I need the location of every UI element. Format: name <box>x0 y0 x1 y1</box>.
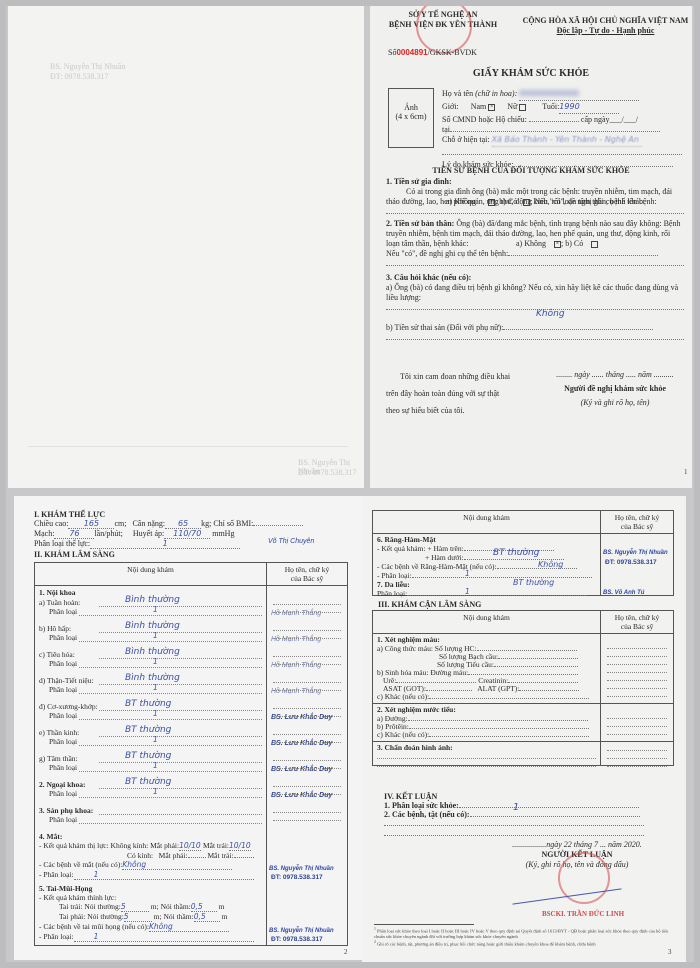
address-row: Chỗ ở hiện tại: Xã Bảo Thành - Yên Thành… <box>442 134 682 147</box>
exam-item-class-value: 1 <box>153 761 158 770</box>
derm-value: BT thường <box>513 578 554 587</box>
height-value: 165 <box>68 519 114 529</box>
national-motto: Độc lập - Tự do - Hạnh phúc <box>518 26 692 36</box>
exam-item-classify-label: Phân loại <box>49 659 77 668</box>
col-content-header: Nội dung khám <box>35 563 267 586</box>
ent-left-normal: 5 <box>121 902 149 912</box>
self-history-title: 2. Tiền sử bản thân: <box>386 219 454 228</box>
section-paraclinical-title: III. KHÁM CẬN LÂM SÀNG <box>378 600 481 609</box>
national-title: CỘNG HÒA XÃ HỘI CHỦ NGHĨA VIỆT NAM <box>518 16 692 26</box>
eye-right-value: 10/10 <box>179 841 201 851</box>
urine-test-title: 2. Xét nghiệm nước tiểu: <box>377 705 456 714</box>
history-section: 1. Tiền sử gia đình: Có ai trong gia đìn… <box>386 177 684 343</box>
paraclinical-table: Nội dung khám Họ tên, chữ kýcủa Bác sỹ 1… <box>372 610 674 766</box>
bleed-phone-2: ĐT: 0978.538.317 <box>298 468 357 477</box>
exam-item-classify-label: Phân loại <box>49 711 77 720</box>
other-question-b: b) Tiền sử thai sản (Đối với phụ nữ): <box>386 323 503 332</box>
exam-item-class-value: 1 <box>153 605 158 614</box>
exam-item-result: Bình thường <box>125 647 180 657</box>
other-question-a: a) Ông (bà) có đang điều trị bệnh gì khô… <box>386 283 684 303</box>
ent-class-value: 1 <box>74 932 254 942</box>
section-clinical-title: II. KHÁM LÂM SÀNG <box>34 550 115 559</box>
id-row: Số CMND hoặc Hộ chiếu: cấp ngày___/___/ <box>442 114 682 126</box>
exam-item-classify-label: Phân loại <box>49 737 77 746</box>
eye-class-value: 1 <box>74 870 254 880</box>
clinical-exam-table: Nội dung khám Họ tên, chữ kýcủa Bác sỹ 1… <box>34 562 348 946</box>
col-content-header: Nội dung khám <box>373 511 601 534</box>
id-place-row: tại <box>442 126 682 134</box>
exam-item-classify-label: Phân loại <box>49 815 77 824</box>
footnote-2: Ghi rõ các bệnh, tật, phương án điều trị… <box>377 941 596 946</box>
exam-item-result: BT thường <box>125 777 171 787</box>
page-back-blank: BS. Nguyễn Thị Nhuần ĐT: 0978.538.317 BS… <box>8 6 364 488</box>
address-value: Xã Bảo Thành - Yên Thành - Nghệ An <box>492 134 642 147</box>
imaging-title: 3. Chẩn đoán hình ảnh: <box>377 743 453 752</box>
exam-item-classify-label: Phân loại <box>49 789 77 798</box>
ent-exam: 5. Tai-Mũi-Họng- Kết quả khám thính lực:… <box>39 884 263 942</box>
eye-exam: 4. Mắt:- Kết quả khám thị lực: Không kín… <box>39 832 263 880</box>
footnotes: 1 Phân loại sức khỏe theo loại I hoặc II… <box>374 927 674 947</box>
family-yes-checkbox[interactable] <box>523 199 530 206</box>
exam-item-label: 2. Ngoại khoa: <box>39 780 85 789</box>
gender-row: Giới: Nam × Nữ Tuổi:1990 <box>442 101 682 114</box>
ent-right-whisper: 0,5 <box>194 912 220 922</box>
derm-doctor-stamp: BS. Võ Anh Tú <box>603 590 644 596</box>
bleed-stamp: BS. Nguyễn Thị Nhuần <box>50 62 125 71</box>
exam-item-class-value: 1 <box>153 709 158 718</box>
self-no-checkbox[interactable]: × <box>554 241 561 248</box>
male-checkbox[interactable]: × <box>488 104 495 111</box>
col-content-header: Nội dung khám <box>373 611 601 634</box>
exam-item-result: Bình thường <box>125 673 180 683</box>
exam-item-label: 1. Nội khoa <box>39 588 75 597</box>
other-questions-title: 3. Câu hỏi khác (nếu có): <box>386 273 684 283</box>
document-title: GIẤY KHÁM SỨC KHỎE <box>370 68 692 79</box>
exam-item-result: BT thường <box>125 699 171 709</box>
ent-right-normal: 5 <box>124 912 152 922</box>
exam-item-class-value: 1 <box>153 657 158 666</box>
physical-exam-signature: Võ Thị Chuyên <box>268 538 314 545</box>
name-row: Họ và tên (chữ in hoa): <box>442 88 682 101</box>
dental-doctor-stamp: BS. Nguyễn Thị Nhuần <box>603 550 668 556</box>
exam-item-label: đ) Cơ-xương-khớp: <box>39 702 98 711</box>
pledge: Tôi xin cam đoan những điều khai trên đâ… <box>386 368 526 419</box>
bp-value: 110/70 <box>164 529 210 539</box>
doctor-phone: ĐT: 0978.538.317 <box>271 874 323 881</box>
doctor-stamp: BS. Nguyễn Thị Nhuần <box>269 928 334 934</box>
exam-item-result: BT thường <box>125 751 171 761</box>
page-number: 3 <box>668 948 672 956</box>
exam-item-result: Bình thường <box>125 595 180 605</box>
dental-title: 6. Răng-Hàm-Mặt <box>377 535 436 544</box>
national-header: CỘNG HÒA XÃ HỘI CHỦ NGHĨA VIỆT NAM Độc l… <box>518 16 692 36</box>
personal-info: Họ và tên (chữ in hoa): Giới: Nam × Nữ T… <box>442 88 682 171</box>
female-checkbox[interactable] <box>519 104 526 111</box>
photo-placeholder: Ảnh (4 x 6cm) <box>388 88 434 148</box>
bleed-phone: ĐT: 0978.538.317 <box>50 72 109 81</box>
exam-item-class-value: 1 <box>153 631 158 640</box>
family-history-title: 1. Tiền sử gia đình: <box>386 177 684 187</box>
derm-class-value: 1 <box>465 587 470 596</box>
serial-number: 0004891 <box>396 48 427 57</box>
exam-item-classify-label: Phân loại <box>49 607 77 616</box>
footnote-1: Phân loại sức khỏe theo loại I hoặc II h… <box>374 929 668 940</box>
fitness-value: 1 <box>90 539 240 549</box>
ent-left-whisper: 0,5 <box>191 902 217 912</box>
page-1: SỞ Y TẾ NGHỆ AN BỆNH VIỆN ĐK YÊN THÀNH C… <box>370 6 692 488</box>
conclusion-title: IV. KẾT LUẬN <box>384 792 644 801</box>
red-seal <box>416 6 472 54</box>
derm-title: 7. Da liễu: <box>377 580 410 589</box>
dental-disease-value: Không <box>538 560 563 569</box>
dental-result-value: BT thường <box>493 548 539 558</box>
page-number: 2 <box>344 948 348 956</box>
section-physical-title: I. KHÁM THỂ LỰC <box>34 510 105 519</box>
treatment-answer: Không <box>536 309 565 319</box>
dental-derm-table: Nội dung khám Họ tên, chữ kýcủa Bác sỹ 6… <box>372 510 674 596</box>
exam-item-label: b) Hô hấp: <box>39 624 71 633</box>
date-line: ........ ngày ...... tháng ..... năm ...… <box>540 368 690 382</box>
redacted-name <box>519 90 579 96</box>
weight-value: 65 <box>165 519 201 529</box>
col-doctor-header: Họ tên, chữ kýcủa Bác sỹ <box>601 611 674 634</box>
ent-disease-value: Không <box>149 922 229 932</box>
exam-item-label: a) Tuần hoàn: <box>39 598 80 607</box>
exam-item-label: e) Thần kinh: <box>39 728 79 737</box>
concluder-name: BSCKI. TRẦN ĐỨC LINH <box>542 910 624 918</box>
dental-class-value: 1 <box>465 569 470 578</box>
page-3: Nội dung khám Họ tên, chữ kýcủa Bác sỹ 6… <box>362 496 686 962</box>
pulse-value: 76 <box>54 529 94 539</box>
doctor-phone: ĐT: 0978.538.317 <box>271 936 323 943</box>
requester-title: Người đề nghị khám sức khỏe <box>540 382 690 396</box>
exam-item-label: 3. Sản phụ khoa: <box>39 806 93 815</box>
eye-disease-value: Không <box>122 860 232 870</box>
doctor-stamp: BS. Nguyễn Thị Nhuần <box>269 866 334 872</box>
exam-item-label: c) Tiêu hóa: <box>39 650 75 659</box>
exam-item-result: Bình thường <box>125 621 180 631</box>
eye-left-value: 10/10 <box>229 841 251 851</box>
col-doctor-header: Họ tên, chữ kýcủa Bác sỹ <box>267 563 348 586</box>
col-doctor-header: Họ tên, chữ kýcủa Bác sỹ <box>601 511 674 534</box>
page-number: 1 <box>684 468 688 476</box>
exam-item-label: d) Thận-Tiết niệu: <box>39 676 94 685</box>
health-class-value: 1 <box>513 803 519 812</box>
history-title: TIỀN SỬ BỆNH CỦA ĐỐI TƯỢNG KHÁM SỨC KHỎE <box>370 166 692 175</box>
exam-item-class-value: 1 <box>153 683 158 692</box>
page-2: I. KHÁM THỂ LỰC Chiều cao:165cm; Cân nặn… <box>14 496 362 960</box>
exam-item-classify-label: Phân loại <box>49 685 77 694</box>
family-answer: a) Không ×; b) Có ; Nếu "có", đề nghị gh… <box>446 197 684 207</box>
exam-item-class-value: 1 <box>153 735 158 744</box>
age-value: 1990 <box>559 101 619 114</box>
requester-hint: (Ký và ghi rõ họ, tên) <box>540 396 690 410</box>
self-yes-checkbox[interactable] <box>591 241 598 248</box>
requester-block: ........ ngày ...... tháng ..... năm ...… <box>540 368 690 410</box>
blood-test-title: 1. Xét nghiệm máu: <box>377 635 440 644</box>
exam-item-classify-label: Phân loại <box>49 633 77 642</box>
exam-item-result: BT thường <box>125 725 171 735</box>
serial-line: Số0004891/GKSK-BVDK <box>388 48 477 57</box>
exam-item-classify-label: Phân loại <box>49 763 77 772</box>
self-answer: a) Không ×; b) Có <box>516 239 684 249</box>
exam-item-class-value: 1 <box>153 787 158 796</box>
dental-doctor-phone: ĐT: 0978.538.317 <box>605 559 657 566</box>
exam-item-label: g) Tâm thần: <box>39 754 78 763</box>
family-no-checkbox[interactable]: × <box>488 199 495 206</box>
conclusion-date: .................ngày 22 tháng 7 ... năm… <box>482 840 672 850</box>
conclusion-section: IV. KẾT LUẬN 1. Phân loại sức khỏe:1 2. … <box>384 792 644 838</box>
